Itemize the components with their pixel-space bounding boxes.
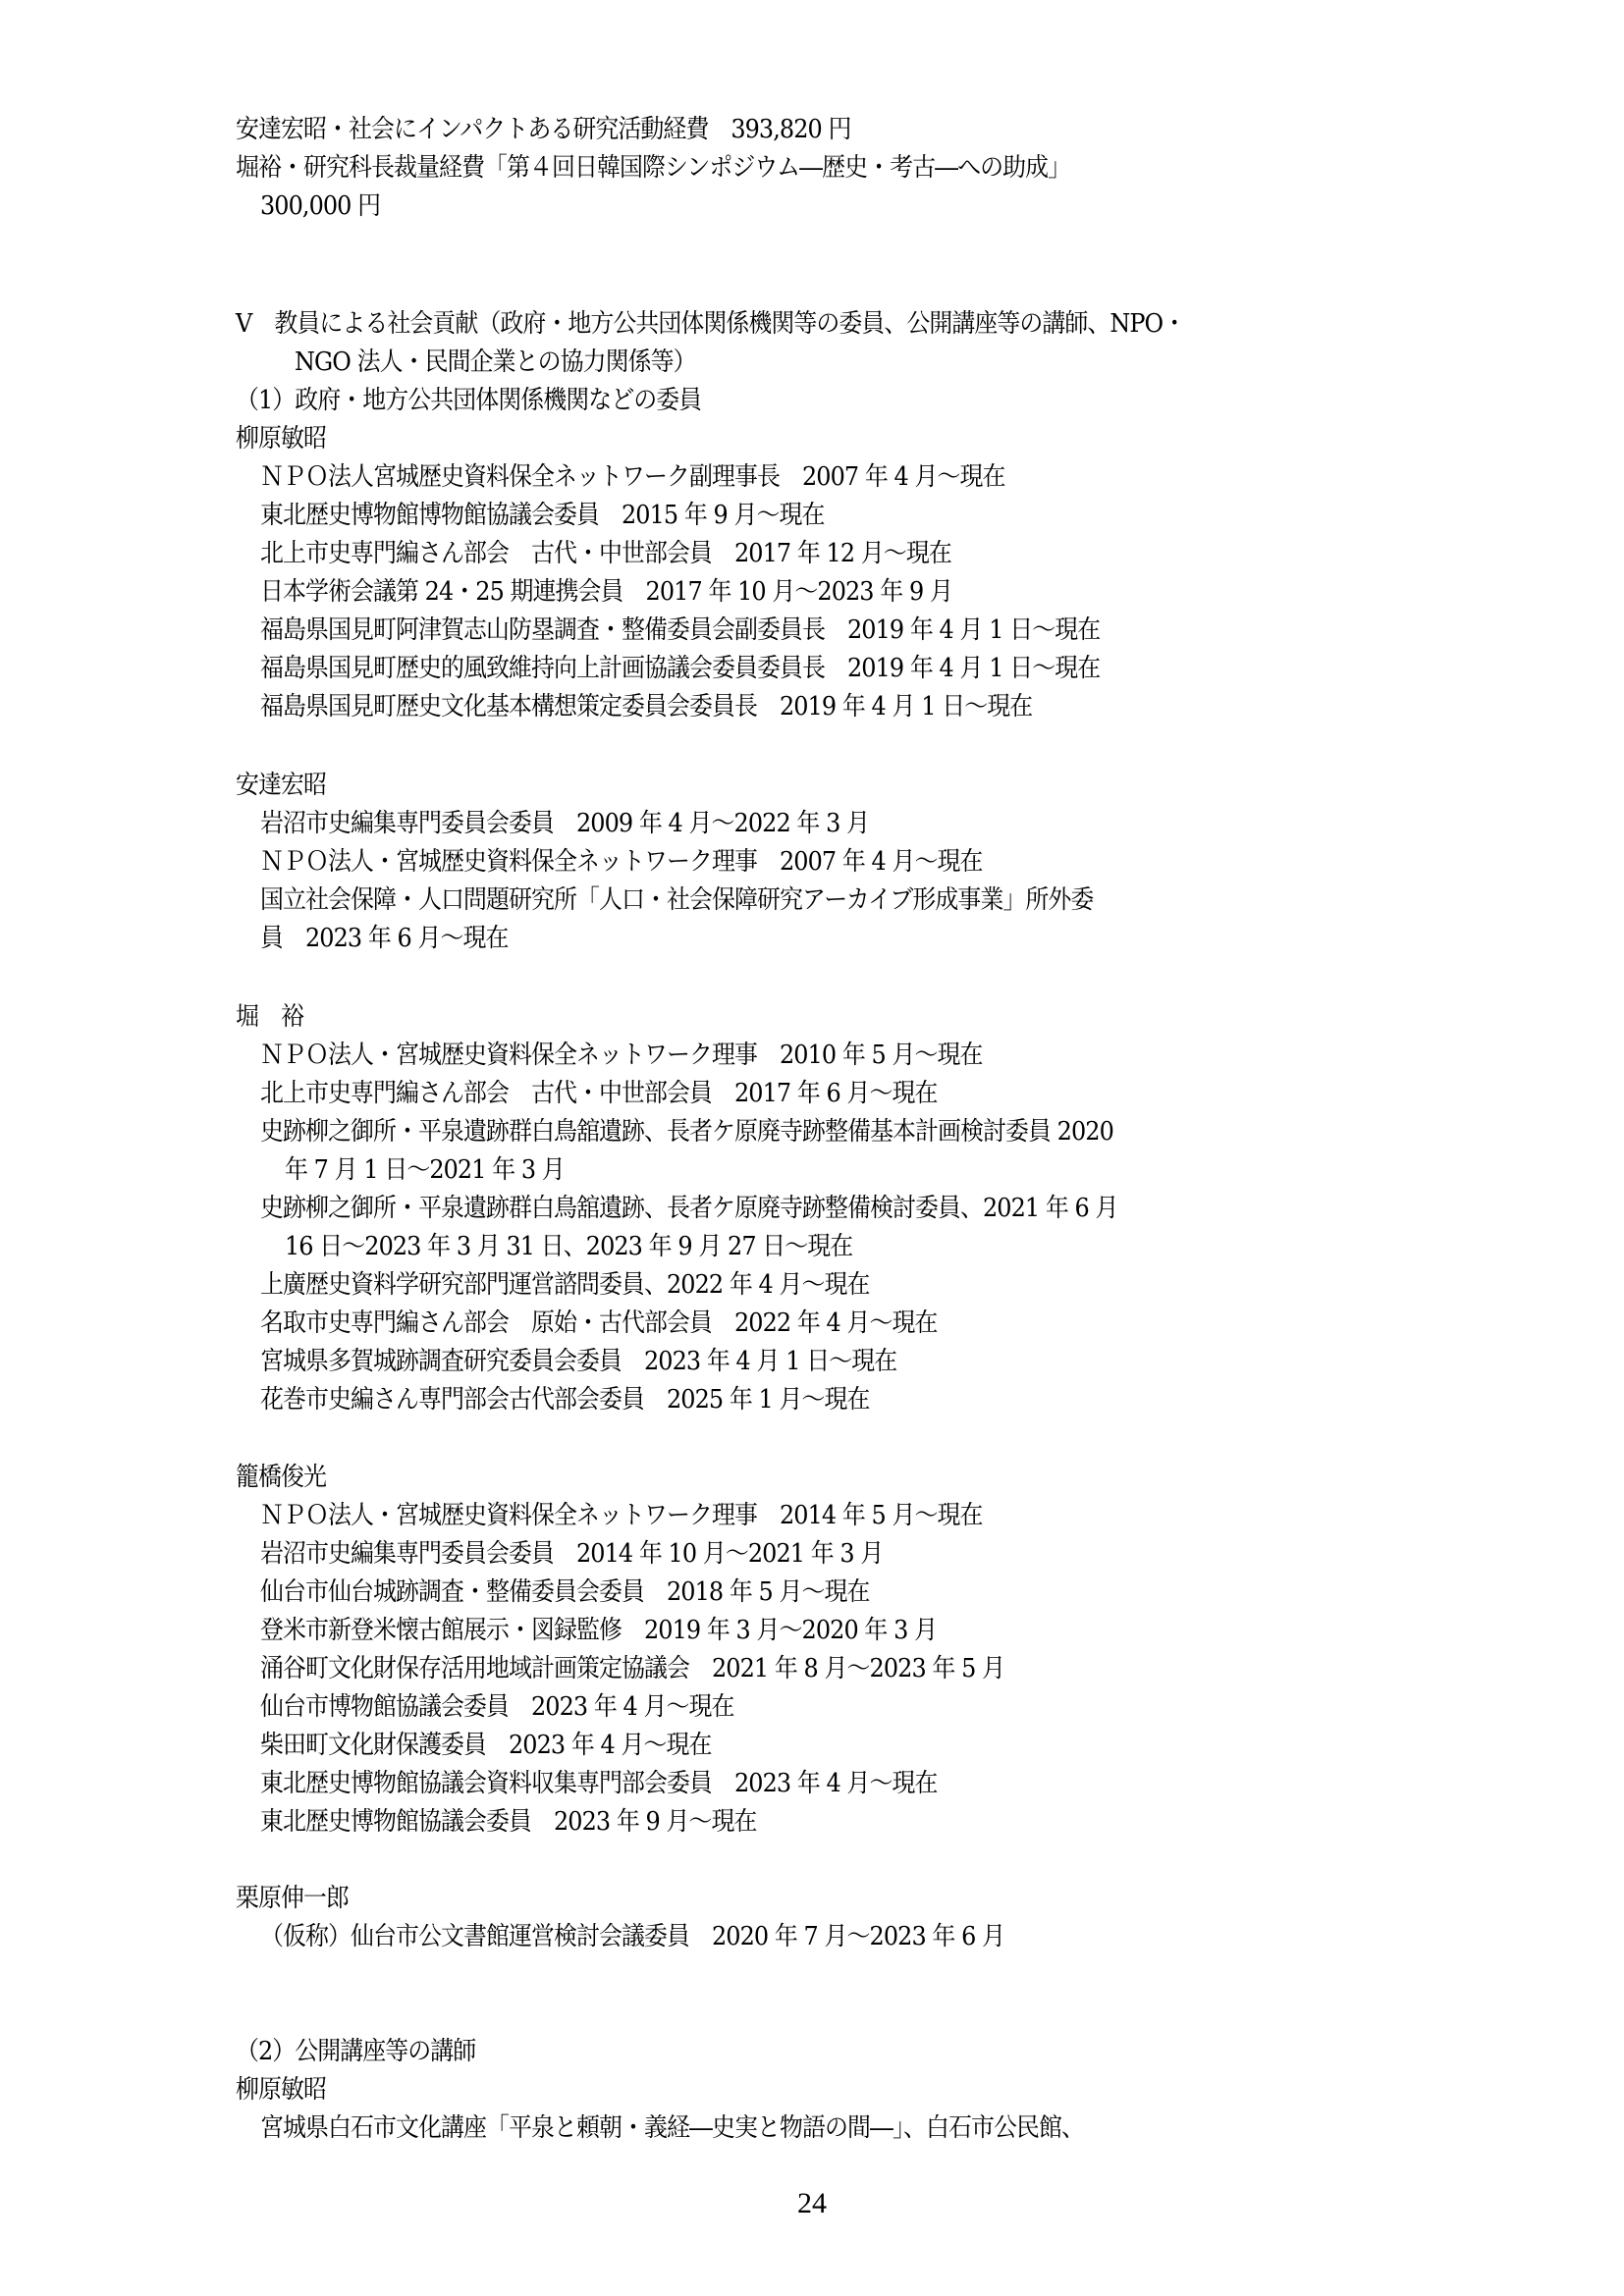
list-item: 仙台市博物館協議会委員 2023 年 4 月～現在	[260, 1688, 734, 1727]
list-item: ＮＰＯ法人・宮城歴史資料保全ネットワーク理事 2007 年 4 月～現在	[260, 843, 983, 881]
list-item: 宮城県多賀城跡調査研究委員会委員 2023 年 4 月 1 日～現在	[260, 1343, 896, 1381]
list-item: 登米市新登米懐古館展示・図録監修 2019 年 3 月～2020 年 3 月	[260, 1612, 937, 1650]
document-page: 安達宏昭・社会にインパクトある研究活動経費 393,820 円 堀裕・研究科長裁…	[0, 0, 1624, 2296]
list-item: 史跡柳之御所・平泉遺跡群白鳥舘遺跡、長者ケ原廃寺跡整備検討委員、2021 年 6…	[260, 1190, 1118, 1228]
funding-amount: 300,000 円	[260, 187, 380, 226]
section-title-cont: NGO 法人・民間企業との協力関係等）	[295, 344, 696, 382]
list-item-cont: 員 2023 年 6 月～現在	[260, 920, 509, 958]
list-item: 東北歴史博物館協議会資料収集専門部会委員 2023 年 4 月～現在	[260, 1765, 938, 1803]
list-item: ＮＰＯ法人・宮城歴史資料保全ネットワーク理事 2014 年 5 月～現在	[260, 1497, 983, 1535]
list-item: 宮城県白石市文化講座「平泉と頼朝・義経―史実と物語の間―」、白石市公民館、	[260, 2109, 1084, 2148]
list-item: 東北歴史博物館協議会委員 2023 年 9 月～現在	[260, 1803, 757, 1842]
list-item: 北上市史専門編さん部会 古代・中世部会員 2017 年 6 月～現在	[260, 1075, 938, 1113]
page-number: 24	[0, 2184, 1624, 2222]
list-item: 柴田町文化財保護委員 2023 年 4 月～現在	[260, 1727, 712, 1765]
list-item: 日本学術会議第 24・25 期連携会員 2017 年 10 月～2023 年 9…	[260, 573, 952, 612]
list-item: 福島県国見町歴史的風致維持向上計画協議会委員委員長 2019 年 4 月 1 日…	[260, 650, 1100, 688]
person-name: 安達宏昭	[236, 767, 326, 805]
subsection-heading: （1）政府・地方公共団体関係機関などの委員	[236, 382, 701, 420]
funding-line: 安達宏昭・社会にインパクトある研究活動経費 393,820 円	[236, 111, 850, 149]
list-item: ＮＰＯ法人・宮城歴史資料保全ネットワーク理事 2010 年 5 月～現在	[260, 1037, 983, 1075]
list-item: 名取市史専門編さん部会 原始・古代部会員 2022 年 4 月～現在	[260, 1305, 938, 1343]
list-item-cont: 16 日～2023 年 3 月 31 日、2023 年 9 月 27 日～現在	[285, 1228, 852, 1266]
list-item-cont: 年 7 月 1 日～2021 年 3 月	[285, 1151, 565, 1190]
list-item: 国立社会保障・人口問題研究所「人口・社会保障研究アーカイブ形成事業」所外委	[260, 881, 1093, 920]
subsection-heading: （2）公開講座等の講師	[236, 2033, 475, 2071]
funding-line: 堀裕・研究科長裁量経費「第４回日韓国際シンポジウム―歴史・考古―への助成」	[236, 149, 1070, 187]
list-item: 上廣歴史資料学研究部門運営諮問委員、2022 年 4 月～現在	[260, 1266, 870, 1305]
list-item: 花巻市史編さん専門部会古代部会委員 2025 年 1 月～現在	[260, 1381, 870, 1419]
person-name: 栗原伸一郎	[236, 1880, 349, 1918]
list-item: 福島県国見町歴史文化基本構想策定委員会委員長 2019 年 4 月 1 日～現在	[260, 688, 1032, 726]
list-item: 涌谷町文化財保存活用地域計画策定協議会 2021 年 8 月～2023 年 5 …	[260, 1650, 1004, 1688]
person-name: 籠橋俊光	[236, 1459, 326, 1497]
list-item: 仙台市仙台城跡調査・整備委員会委員 2018 年 5 月～現在	[260, 1574, 870, 1612]
list-item: ＮＰＯ法人宮城歴史資料保全ネットワーク副理事長 2007 年 4 月～現在	[260, 458, 1005, 497]
list-item: 岩沼市史編集専門委員会委員 2009 年 4 月～2022 年 3 月	[260, 805, 869, 843]
list-item: 岩沼市史編集専門委員会委員 2014 年 10 月～2021 年 3 月	[260, 1535, 883, 1574]
person-name: 堀 裕	[236, 998, 303, 1037]
section-title: V 教員による社会貢献（政府・地方公共団体関係機関等の委員、公開講座等の講師、N…	[236, 305, 1185, 344]
list-item: 史跡柳之御所・平泉遺跡群白鳥舘遺跡、長者ケ原廃寺跡整備基本計画検討委員 2020	[260, 1113, 1113, 1151]
person-name: 柳原敏昭	[236, 2071, 326, 2109]
list-item: （仮称）仙台市公文書館運営検討会議委員 2020 年 7 月～2023 年 6 …	[260, 1918, 1004, 1956]
list-item: 東北歴史博物館博物館協議会委員 2015 年 9 月～現在	[260, 497, 825, 535]
list-item: 福島県国見町阿津賀志山防塁調査・整備委員会副委員長 2019 年 4 月 1 日…	[260, 612, 1100, 650]
person-name: 柳原敏昭	[236, 420, 326, 458]
list-item: 北上市史専門編さん部会 古代・中世部会員 2017 年 12 月～現在	[260, 535, 951, 573]
